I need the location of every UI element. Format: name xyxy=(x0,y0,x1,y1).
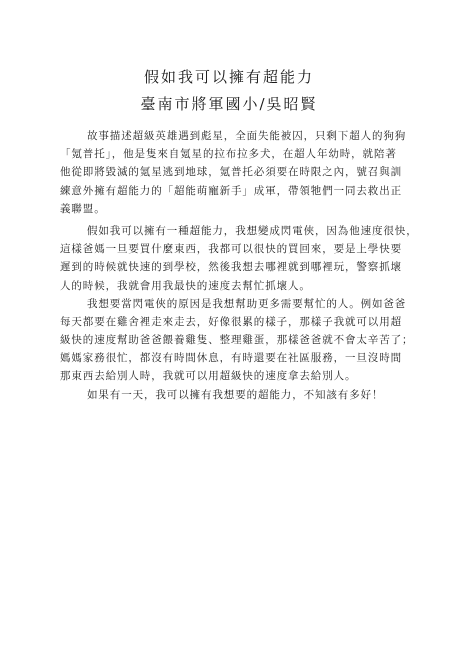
paragraph-line: 故事描述超級英雄遇到彪星，全面失能被囚，只剩下超人的狗狗 xyxy=(60,127,390,145)
paragraph-line: 人的時候，我就會用我最快的速度去幫忙抓壞人。 xyxy=(60,277,390,295)
paragraph-line: 假如我可以擁有一種超能力，我想變成閃電俠，因為他速度很快， xyxy=(60,222,390,240)
paragraph-line: 我想要當閃電俠的原因是我想幫助更多需要幫忙的人。例如爸爸 xyxy=(60,295,390,313)
author-line: 臺南市將軍國小/吳昭賢 xyxy=(0,93,458,114)
document-page: 假如我可以擁有超能力 臺南市將軍國小/吳昭賢 故事描述超級英雄遇到彪星，全面失能… xyxy=(0,0,458,648)
paragraph-line: 遲到的時候就快速的到學校，然後我想去哪裡就到哪裡玩，警察抓壞 xyxy=(60,258,390,276)
paragraph-line: 他從即將毀滅的氪星逃到地球，氪普托必須要在時限之內，號召與訓 xyxy=(60,163,390,181)
paragraph-3: 我想要當閃電俠的原因是我想幫助更多需要幫忙的人。例如爸爸 每天都要在雞舍裡走來走… xyxy=(60,295,390,386)
paragraph-line: 每天都要在雞舍裡走來走去，好像很累的樣子，那樣子我就可以用超 xyxy=(60,313,390,331)
paragraph-line: 如果有一天，我可以擁有我想要的超能力，不知該有多好！ xyxy=(60,386,390,404)
paragraph-4: 如果有一天，我可以擁有我想要的超能力，不知該有多好！ xyxy=(60,386,390,404)
paragraph-line: 那東西去給別人時，我就可以用超級快的速度拿去給別人。 xyxy=(60,367,390,385)
paragraph-line: 義聯盟。 xyxy=(60,200,390,218)
document-title: 假如我可以擁有超能力 xyxy=(0,66,458,87)
paragraph-line: 級快的速度幫助爸爸餵養雞隻、整理雞蛋，那樣爸爸就不會太辛苦了； xyxy=(60,331,390,349)
paragraph-1: 故事描述超級英雄遇到彪星，全面失能被囚，只剩下超人的狗狗 「氪普托」，他是隻來自… xyxy=(60,127,390,218)
paragraph-line: 媽媽家務很忙，都沒有時間休息，有時還要在社區服務，一旦沒時間 xyxy=(60,349,390,367)
paragraph-line: 這樣爸媽一旦要買什麼東西，我都可以很快的買回來，要是上學快要 xyxy=(60,240,390,258)
paragraph-line: 練意外擁有超能力的「超能萌寵新手」成軍，帶領牠們一同去救出正 xyxy=(60,182,390,200)
document-body: 故事描述超級英雄遇到彪星，全面失能被囚，只剩下超人的狗狗 「氪普托」，他是隻來自… xyxy=(60,127,390,404)
paragraph-2: 假如我可以擁有一種超能力，我想變成閃電俠，因為他速度很快， 這樣爸媽一旦要買什麼… xyxy=(60,222,390,295)
paragraph-line: 「氪普托」，他是隻來自氪星的拉布拉多犬，在超人年幼時，就陪著 xyxy=(60,145,390,163)
